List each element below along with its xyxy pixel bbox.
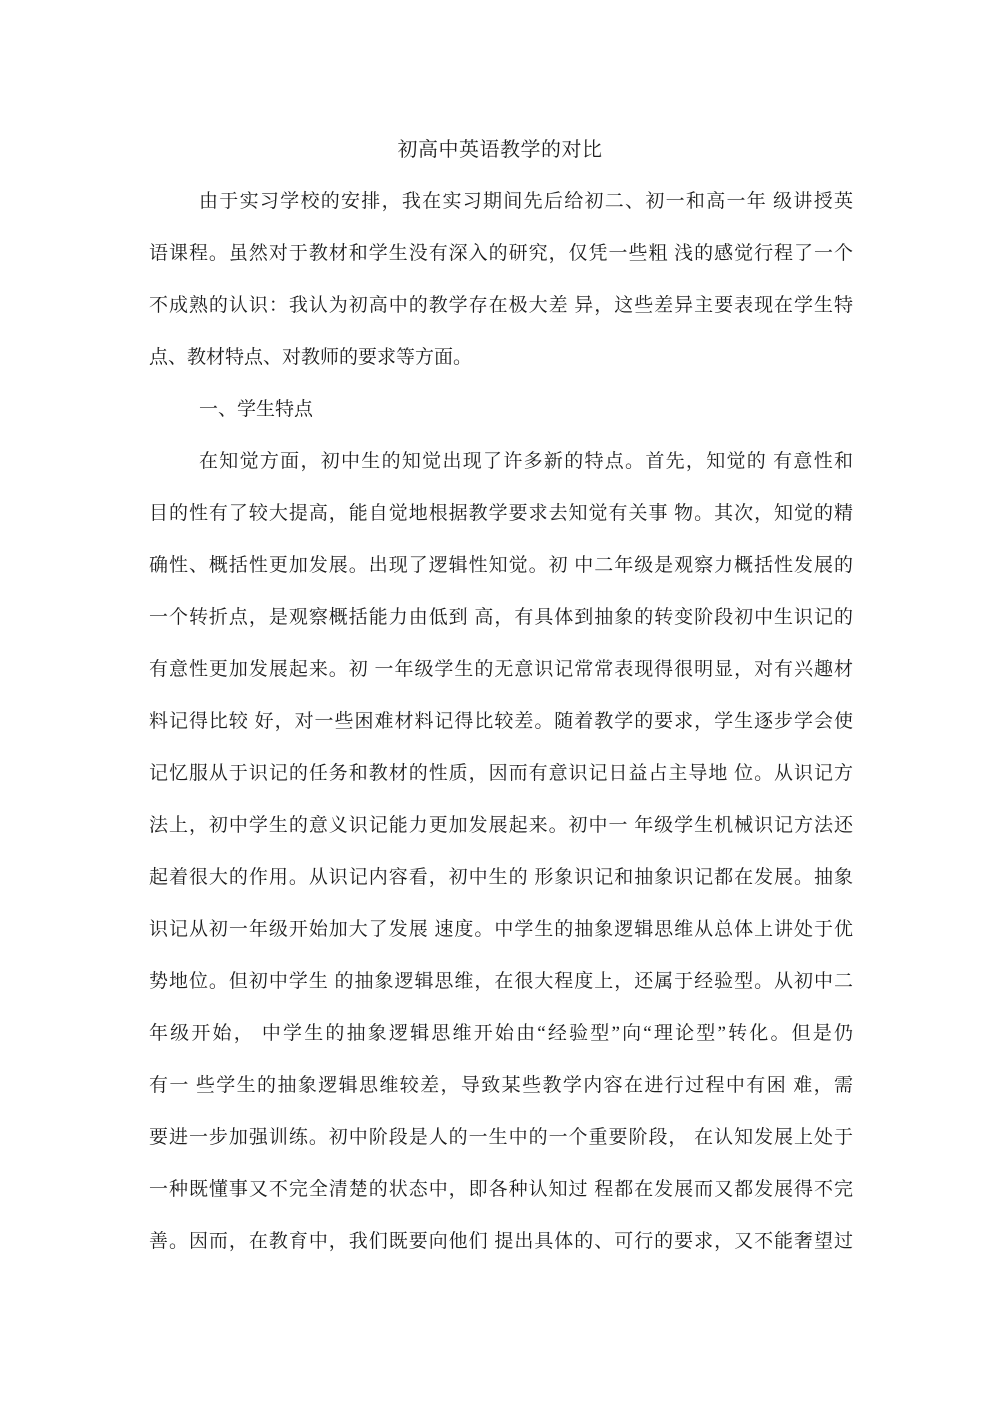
text-line: 语课程。虽然对于教材和学生没有深入的研究，仅凭一些粗 浅的感觉行程了一个 xyxy=(149,228,853,280)
text-line: 识记从初一年级开始加大了发展 速度。中学生的抽象逻辑思维从总体上讲处于优 xyxy=(149,904,853,956)
text-line: 有一 些学生的抽象逻辑思维较差，导致某些教学内容在进行过程中有困 难，需 xyxy=(149,1060,853,1112)
text-line: 法上，初中学生的意义识记能力更加发展起来。初中一 年级学生机械识记方法还 xyxy=(149,800,853,852)
text-line: 要进一步加强训练。初中阶段是人的一生中的一个重要阶段， 在认知发展上处于 xyxy=(149,1112,853,1164)
document-title: 初高中英语教学的对比 xyxy=(0,0,1000,176)
text-line: 一个转折点，是观察概括能力由低到 高，有具体到抽象的转变阶段初中生识记的 xyxy=(149,592,853,644)
text-line: 起着很大的作用。从识记内容看，初中生的 形象识记和抽象识记都在发展。抽象 xyxy=(149,852,853,904)
text-line: 由于实习学校的安排，我在实习期间先后给初二、初一和高一年 级讲授英 xyxy=(149,176,853,228)
text-line: 料记得比较 好，对一些困难材料记得比较差。随着教学的要求，学生逐步学会使 xyxy=(149,696,853,748)
text-line: 有意性更加发展起来。初 一年级学生的无意识记常常表现得很明显，对有兴趣材 xyxy=(149,644,853,696)
document-page: 初高中英语教学的对比 由于实习学校的安排，我在实习期间先后给初二、初一和高一年 … xyxy=(0,0,1000,1415)
text-line: 年级开始， 中学生的抽象逻辑思维开始由“经验型”向“理论型”转化。但是仍 xyxy=(149,1008,853,1060)
text-line: 确性、概括性更加发展。出现了逻辑性知觉。初 中二年级是观察力概括性发展的 xyxy=(149,540,853,592)
text-line: 在知觉方面，初中生的知觉出现了许多新的特点。首先，知觉的 有意性和 xyxy=(149,436,853,488)
text-line: 不成熟的认识：我认为初高中的教学存在极大差 异，这些差异主要表现在学生特 xyxy=(149,280,853,332)
section-heading: 一、学生特点 xyxy=(149,384,853,436)
document-body: 由于实习学校的安排，我在实习期间先后给初二、初一和高一年 级讲授英语课程。虽然对… xyxy=(149,176,853,1268)
text-line: 一种既懂事又不完全清楚的状态中，即各种认知过 程都在发展而又都发展得不完 xyxy=(149,1164,853,1216)
text-line: 势地位。但初中学生 的抽象逻辑思维，在很大程度上，还属于经验型。从初中二 xyxy=(149,956,853,1008)
text-line: 记忆服从于识记的任务和教材的性质，因而有意识记日益占主导地 位。从识记方 xyxy=(149,748,853,800)
text-line: 点、教材特点、对教师的要求等方面。 xyxy=(149,332,853,384)
text-line: 善。因而，在教育中，我们既要向他们 提出具体的、可行的要求，又不能奢望过 xyxy=(149,1216,853,1268)
text-line: 目的性有了较大提高，能自觉地根据教学要求去知觉有关事 物。其次，知觉的精 xyxy=(149,488,853,540)
